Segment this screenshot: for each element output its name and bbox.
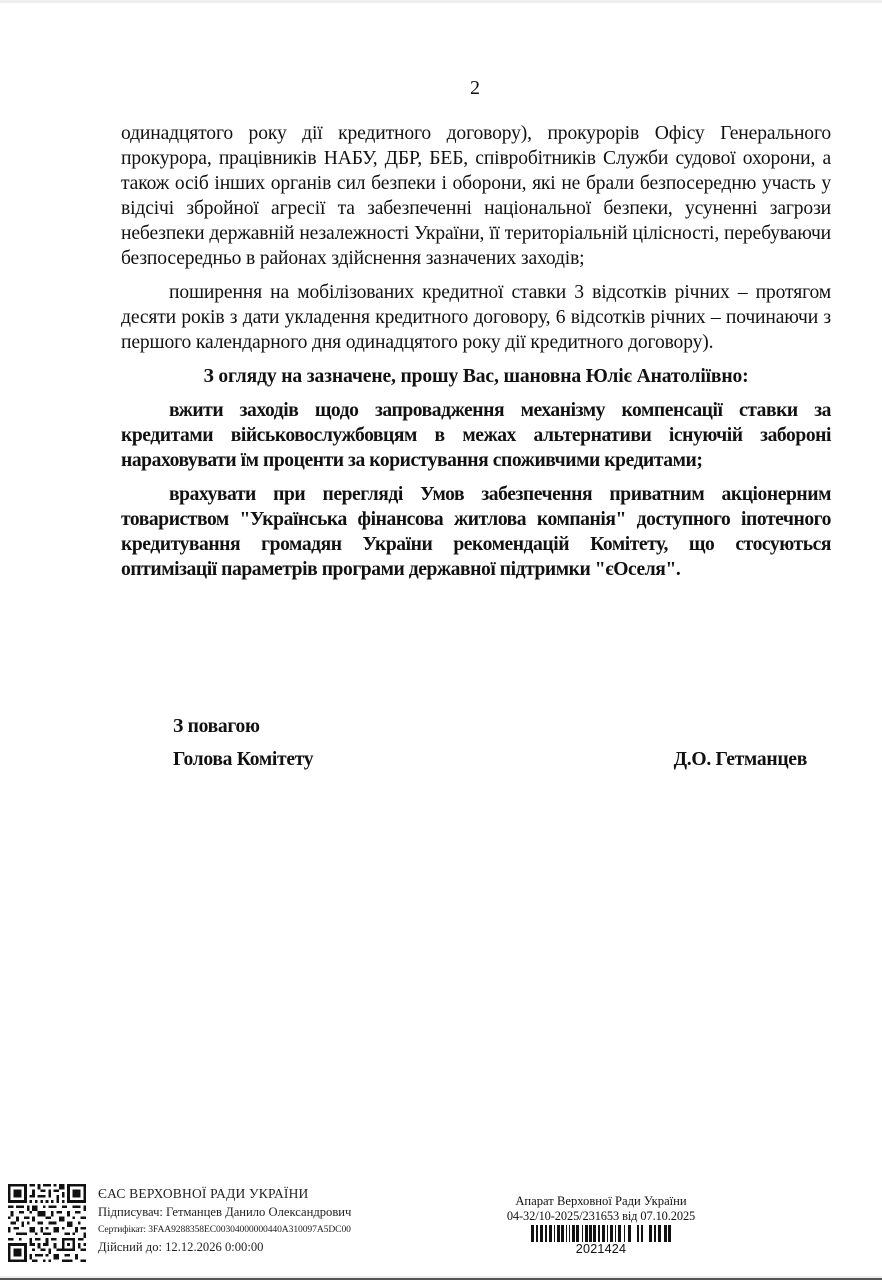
signature-line: Голова Комітету Д.О. Гетманцев [173, 747, 813, 772]
paragraph-request-eoselia: врахувати при перегляді Умов забезпеченн… [121, 482, 831, 582]
signer-name: Д.О. Гетманцев [674, 747, 807, 772]
signature-system-title: ЄАС ВЕРХОВНОЇ РАДИ УКРАЇНИ [98, 1185, 351, 1203]
registration-stamp: Апарат Верховної Ради України 04-32/10-2… [486, 1194, 716, 1256]
paragraph-continuation: одинадцятого року дії кредитного договор… [121, 121, 831, 271]
closing-salutation: З повагою [173, 714, 813, 739]
barcode-number: 2021424 [486, 1242, 716, 1256]
signature-signer: Підписувач: Гетманцев Данило Олександров… [98, 1203, 351, 1221]
registration-organization: Апарат Верховної Ради України [486, 1194, 716, 1209]
letter-body: одинадцятого року дії кредитного договор… [121, 121, 831, 582]
barcode-icon [531, 1225, 671, 1242]
signer-position: Голова Комітету [173, 747, 313, 772]
electronic-signature-stamp: ЄАС ВЕРХОВНОЇ РАДИ УКРАЇНИ Підписувач: Г… [8, 1184, 351, 1262]
paragraph-request-compensation: вжити заходів щодо запровадження механіз… [121, 398, 831, 473]
letter-closing: З повагою Голова Комітету Д.О. Гетманцев [173, 714, 813, 772]
page-top-edge [0, 0, 882, 3]
paragraph-request-address: З огляду на зазначене, прошу Вас, шановн… [121, 364, 831, 389]
signature-details: ЄАС ВЕРХОВНОЇ РАДИ УКРАЇНИ Підписувач: Г… [98, 1184, 351, 1256]
paragraph-mobilized-rate: поширення на мобілізованих кредитної ста… [121, 280, 831, 355]
signature-valid-until: Дійсний до: 12.12.2026 0:00:00 [98, 1238, 351, 1256]
registration-number: 04-32/10-2025/231653 від 07.10.2025 [486, 1209, 716, 1224]
qr-code-icon [8, 1184, 86, 1262]
page-number: 2 [0, 76, 882, 100]
signature-certificate: Сертифікат: 3FAA9288358EC00304000000440A… [98, 1221, 351, 1238]
